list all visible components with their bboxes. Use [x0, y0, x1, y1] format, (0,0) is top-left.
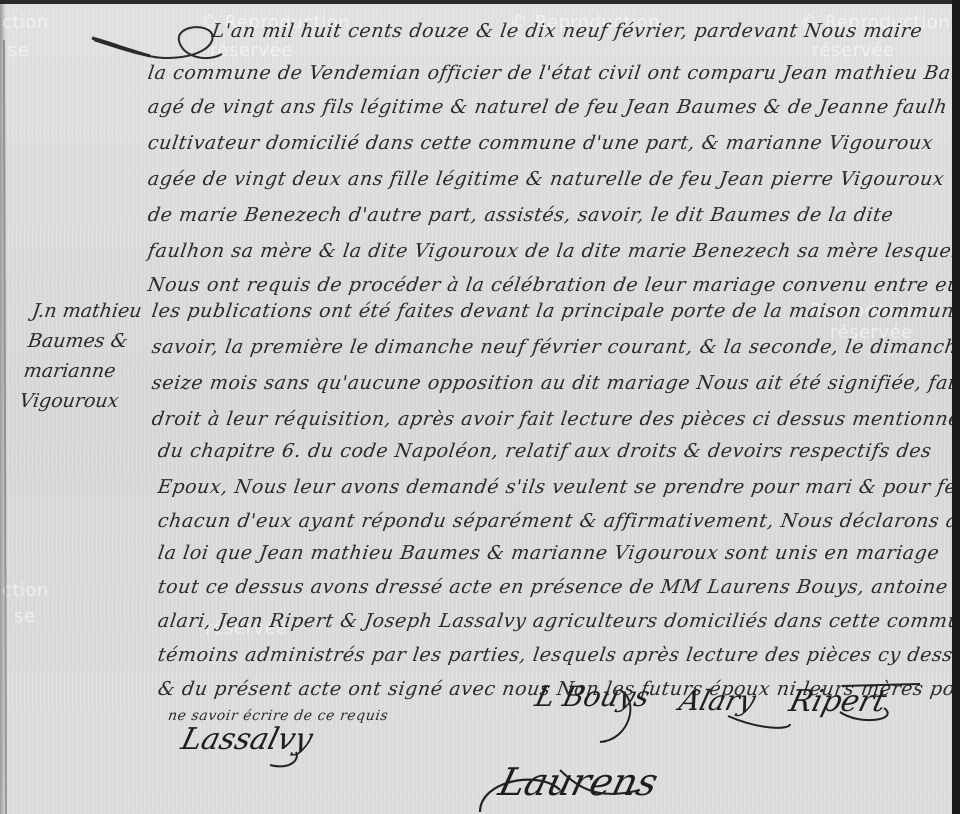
scan-right-edge	[952, 0, 960, 814]
scan-top-edge	[0, 0, 960, 4]
scanned-register-page: ction© Reproduction© Reproduction© Repro…	[0, 0, 952, 814]
signature-paraphs-icon	[0, 0, 952, 814]
